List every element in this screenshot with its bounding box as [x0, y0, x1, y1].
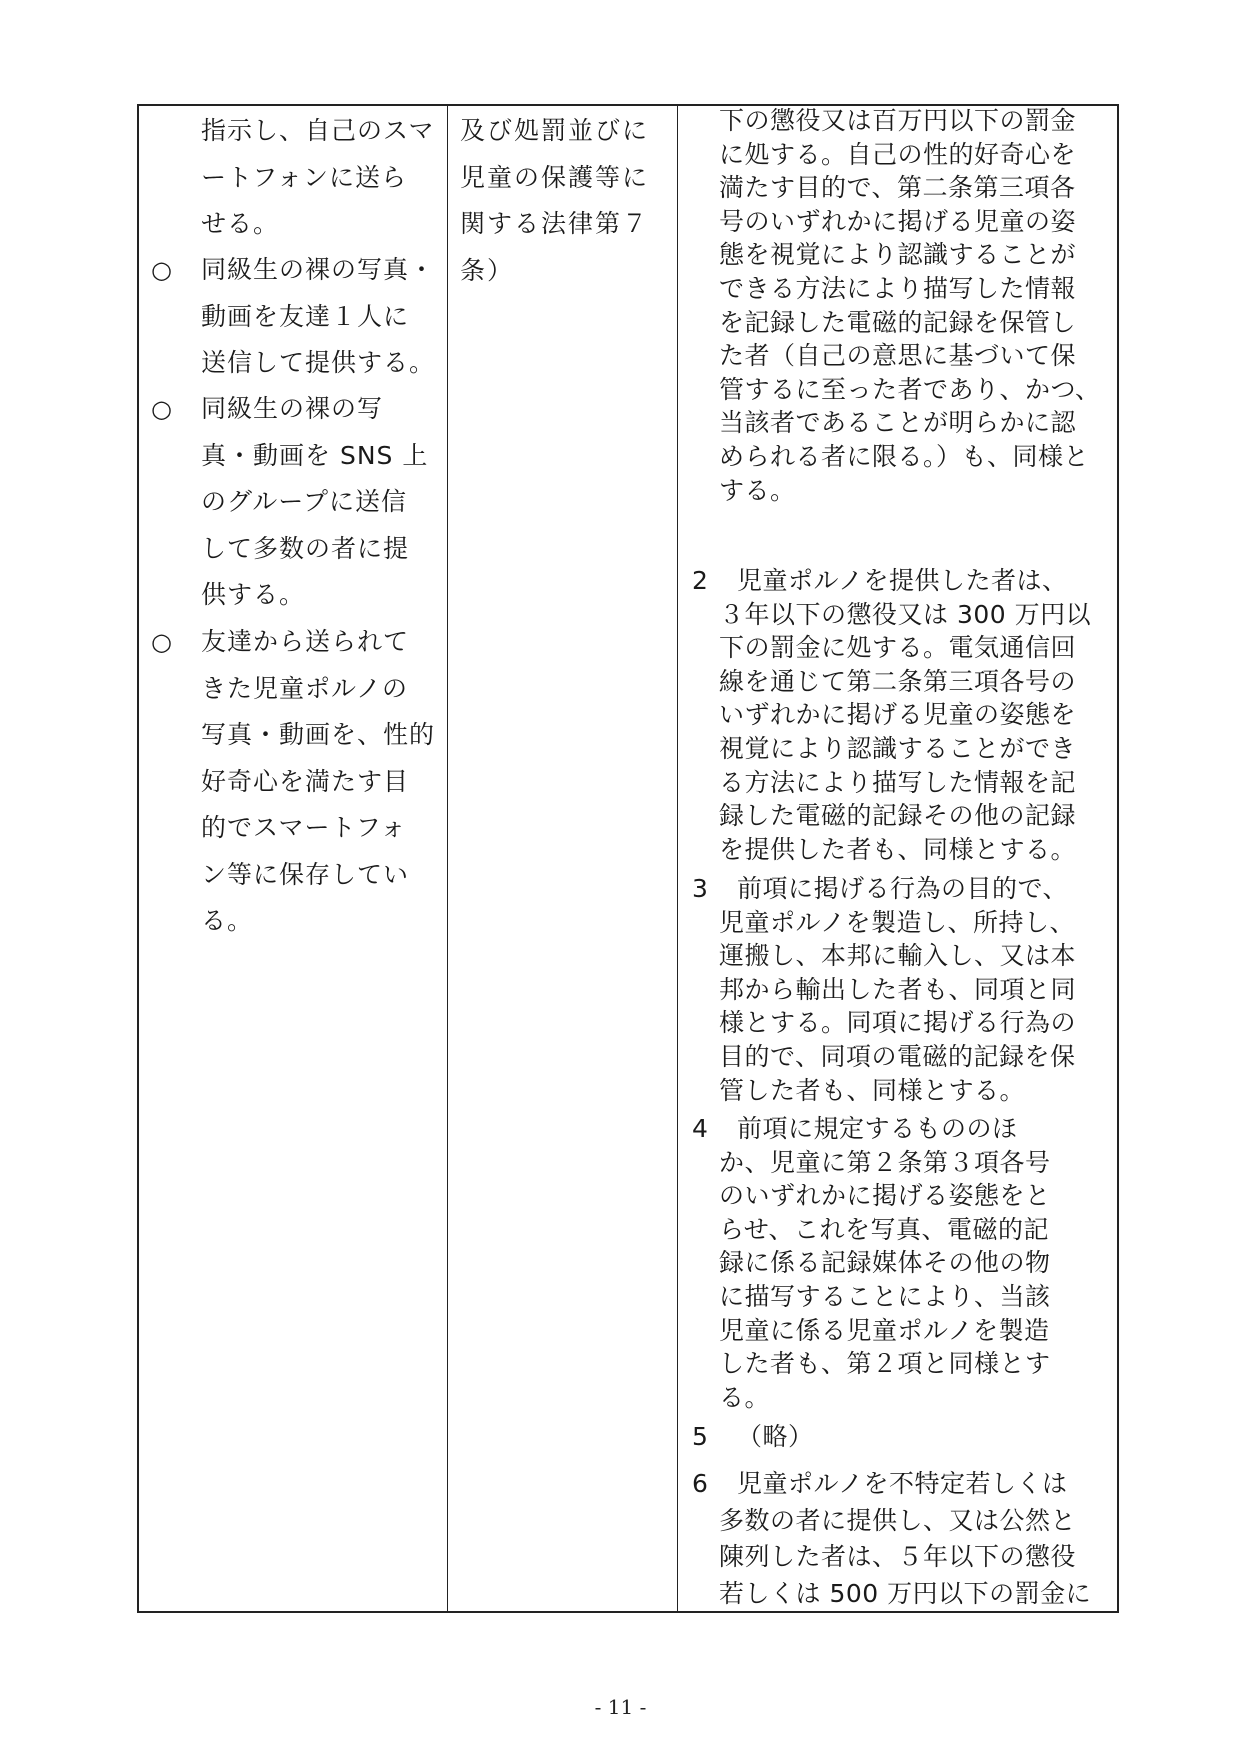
text-line: 下の懲役又は百万円以下の罰金 [678, 104, 1117, 138]
text-line: 線を通じて第二条第三項各号の [678, 665, 1117, 699]
paragraph-first-line: 4前項に規定するもののほ [678, 1112, 1117, 1146]
text-line: 同級生の裸の写 [201, 386, 447, 433]
text-line: 関する法律第７ [448, 201, 677, 248]
text-line: た者（自己の意思に基づいて保 [678, 339, 1117, 373]
text-line: ートフォンに送ら [201, 155, 447, 202]
column-examples: 指示し、自己のスマ ートフォンに送ら せる。 ○ 同級生の裸の写真・ 動画を友達… [139, 106, 448, 1611]
text-line: 供する。 [201, 572, 447, 619]
text-line: 児童の保護等に [448, 155, 677, 202]
text-line: 管した者も、同様とする。 [678, 1074, 1117, 1108]
statute-paragraph-4: 4前項に規定するもののほ か、児童に第２条第３項各号 のいずれかに掲げる姿態をと… [678, 1112, 1117, 1414]
text-line: 条） [448, 248, 677, 295]
text-line: のグループに送信 [201, 479, 447, 526]
text-line: 及び処罰並びに [448, 108, 677, 155]
text-line: できる方法により描写した情報 [678, 272, 1117, 306]
text-line: 態を視覚により認識することが [678, 238, 1117, 272]
text-line: 下の罰金に処する。電気通信回 [678, 631, 1117, 665]
text-line: 児童ポルノを製造し、所持し、 [678, 906, 1117, 940]
text-line: 真・動画を SNS 上 [201, 433, 447, 480]
text-line: 友達から送られて [201, 619, 447, 666]
text-line: 若しくは 500 万円以下の罰金に [678, 1576, 1117, 1613]
text-line: せる。 [201, 201, 447, 248]
text-line: る方法により描写した情報を記 [678, 766, 1117, 800]
text-line: 好奇心を満たす目 [201, 759, 447, 806]
text-line: 満たす目的で、第二条第三項各 [678, 171, 1117, 205]
text-line: した者も、第２項と同様とす [678, 1347, 1117, 1381]
paragraph-number: 3 [692, 872, 737, 906]
text-line: 管するに至った者であり、かつ、 [678, 373, 1117, 407]
page-number: - 11 - [0, 1695, 1241, 1719]
paragraph-number: 2 [692, 564, 737, 598]
text-line: 前項に掲げる行為の目的で、 [737, 874, 1068, 903]
text-line: 写真・動画を、性的 [201, 712, 447, 759]
statute-paragraph-1: 下の懲役又は百万円以下の罰金 に処する。自己の性的好奇心を 満たす目的で、第二条… [678, 104, 1117, 507]
text-line: 的でスマートフォ [201, 805, 447, 852]
circle-bullet-icon: ○ [151, 619, 172, 666]
statute-paragraph-5: 5（略） [678, 1420, 1117, 1454]
text-line: 指示し、自己のスマ [201, 108, 447, 155]
circle-bullet-icon: ○ [151, 386, 172, 433]
text-line: （略） [737, 1422, 814, 1451]
example-item-3: ○ 友達から送られて きた児童ポルノの 写真・動画を、性的 好奇心を満たす目 的… [139, 619, 447, 945]
text-line: に描写することにより、当該 [678, 1280, 1117, 1314]
text-line: いずれかに掲げる児童の姿態を [678, 698, 1117, 732]
text-line: のいずれかに掲げる姿態をと [678, 1179, 1117, 1213]
text-line: る。 [678, 1381, 1117, 1415]
paragraph-first-line: 5（略） [678, 1420, 1117, 1454]
text-line: 録に係る記録媒体その他の物 [678, 1246, 1117, 1280]
text-line: ３年以下の懲役又は 300 万円以 [678, 598, 1117, 632]
statute-paragraph-6: 6児童ポルノを不特定若しくは 多数の者に提供し、又は公然と 陳列した者は、５年以… [678, 1466, 1117, 1612]
text-line: 児童ポルノを提供した者は、 [737, 566, 1068, 595]
text-line: 動画を友達１人に [201, 294, 447, 341]
text-line: 録した電磁的記録その他の記録 [678, 799, 1117, 833]
paragraph-number: 6 [692, 1466, 737, 1503]
example-continuation: 指示し、自己のスマ ートフォンに送ら せる。 [139, 108, 447, 248]
text-line: 当該者であることが明らかに認 [678, 406, 1117, 440]
paragraph-first-line: 6児童ポルノを不特定若しくは [678, 1466, 1117, 1503]
text-line: 様とする。同項に掲げる行為の [678, 1006, 1117, 1040]
statute-paragraph-3: 3前項に掲げる行為の目的で、 児童ポルノを製造し、所持し、 運搬し、本邦に輸入し… [678, 872, 1117, 1107]
text-line: きた児童ポルノの [201, 666, 447, 713]
text-line: 陳列した者は、５年以下の懲役 [678, 1539, 1117, 1576]
law-comparison-table: 指示し、自己のスマ ートフォンに送ら せる。 ○ 同級生の裸の写真・ 動画を友達… [137, 104, 1119, 1613]
statute-paragraph-2: 2児童ポルノを提供した者は、 ３年以下の懲役又は 300 万円以 下の罰金に処す… [678, 564, 1117, 866]
text-line: 号のいずれかに掲げる児童の姿 [678, 205, 1117, 239]
text-line: ン等に保存してい [201, 852, 447, 899]
text-line: 運搬し、本邦に輸入し、又は本 [678, 939, 1117, 973]
text-line: 多数の者に提供し、又は公然と [678, 1503, 1117, 1540]
paragraph-first-line: 3前項に掲げる行為の目的で、 [678, 872, 1117, 906]
text-line: 目的で、同項の電磁的記録を保 [678, 1040, 1117, 1074]
text-line: して多数の者に提 [201, 526, 447, 573]
text-line: に処する。自己の性的好奇心を [678, 138, 1117, 172]
text-line: 前項に規定するもののほ [737, 1114, 1018, 1143]
circle-bullet-icon: ○ [151, 247, 172, 294]
example-item-2: ○ 同級生の裸の写 真・動画を SNS 上 のグループに送信 して多数の者に提 … [139, 386, 447, 619]
text-line: する。 [678, 474, 1117, 508]
text-line: る。 [201, 898, 447, 945]
text-line: 児童ポルノを不特定若しくは [737, 1469, 1068, 1498]
column-applicable-law: 及び処罰並びに 児童の保護等に 関する法律第７ 条） [448, 106, 678, 1611]
paragraph-first-line: 2児童ポルノを提供した者は、 [678, 564, 1117, 598]
text-line: 視覚により認識することができ [678, 732, 1117, 766]
column-statute-text: 下の懲役又は百万円以下の罰金 に処する。自己の性的好奇心を 満たす目的で、第二条… [678, 106, 1117, 1611]
text-line: められる者に限る。）も、同様と [678, 440, 1117, 474]
text-line: 邦から輸出した者も、同項と同 [678, 973, 1117, 1007]
text-line: を記録した電磁的記録を保管し [678, 306, 1117, 340]
text-line: 児童に係る児童ポルノを製造 [678, 1314, 1117, 1348]
paragraph-number: 5 [692, 1420, 737, 1454]
text-line: を提供した者も、同様とする。 [678, 833, 1117, 867]
law-name: 及び処罰並びに 児童の保護等に 関する法律第７ 条） [448, 108, 677, 294]
text-line: らせ、これを写真、電磁的記 [678, 1213, 1117, 1247]
text-line: 送信して提供する。 [201, 340, 447, 387]
text-line: か、児童に第２条第３項各号 [678, 1146, 1117, 1180]
text-line: 同級生の裸の写真・ [201, 247, 447, 294]
paragraph-number: 4 [692, 1112, 737, 1146]
example-item-1: ○ 同級生の裸の写真・ 動画を友達１人に 送信して提供する。 [139, 247, 447, 387]
